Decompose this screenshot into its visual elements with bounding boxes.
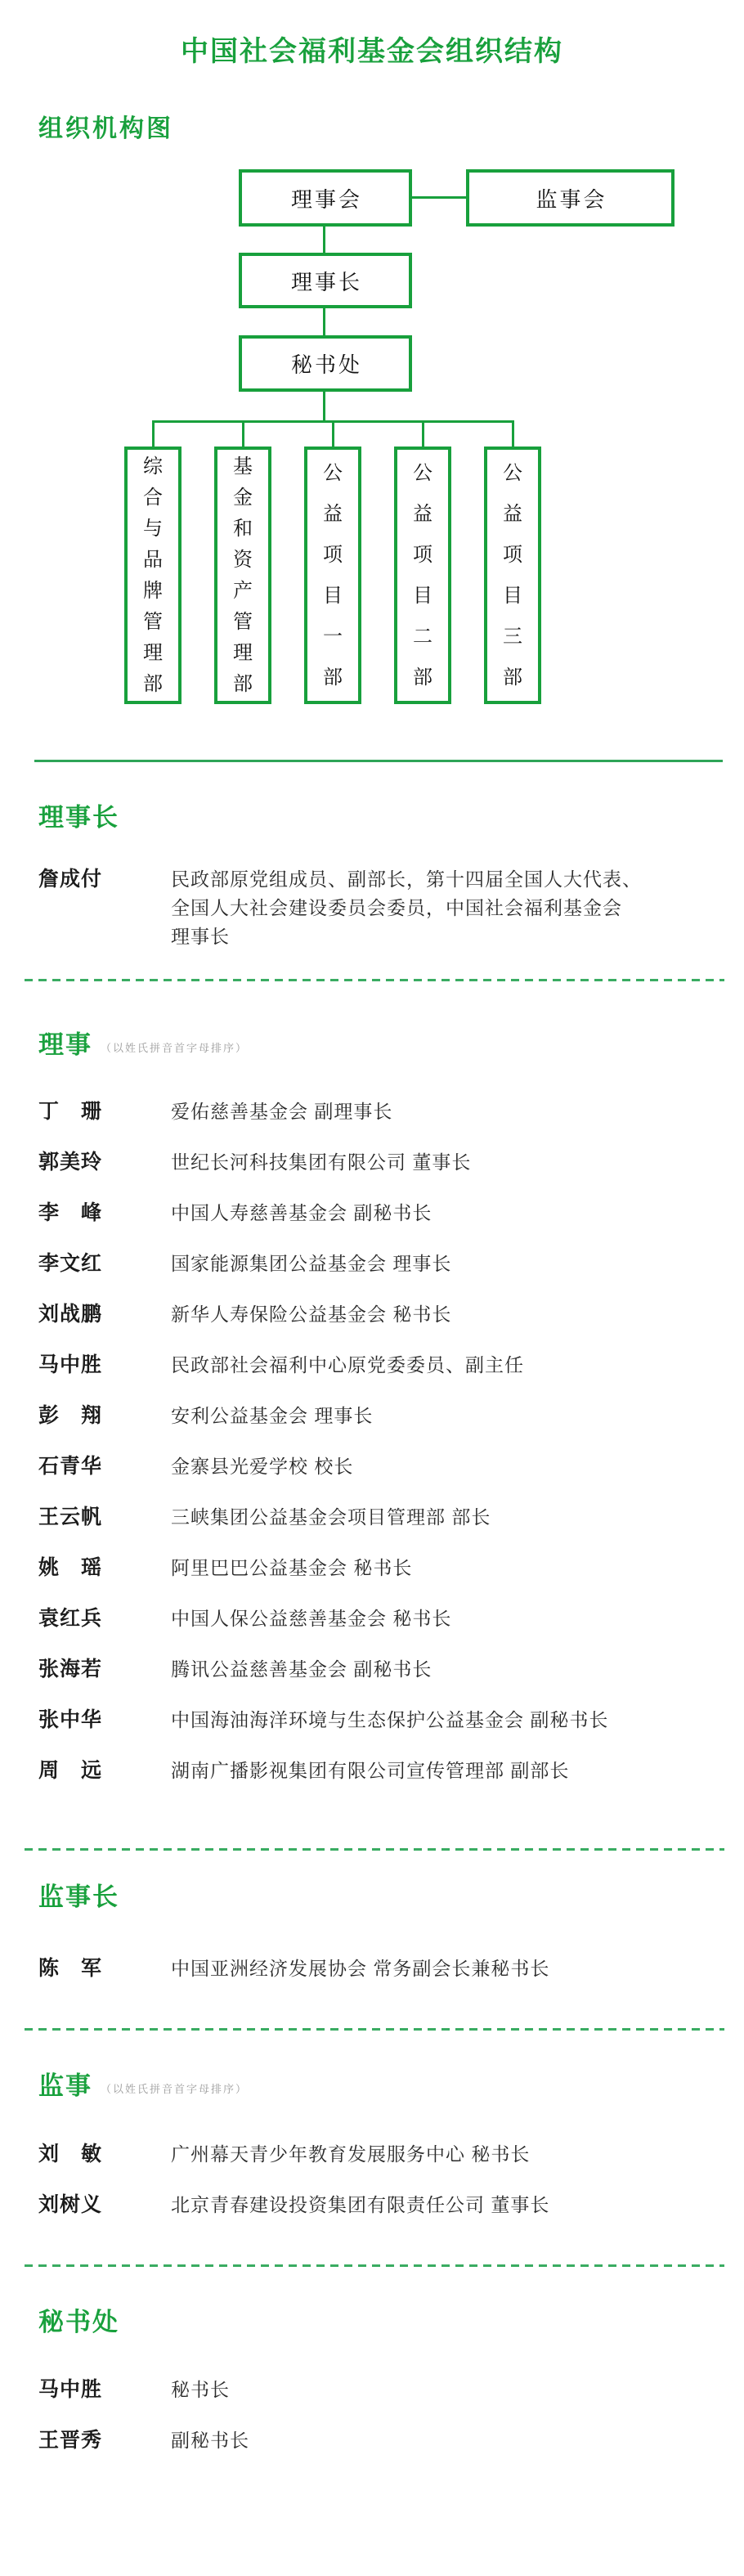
member-row: 刘战鹏 新华人寿保险公益基金会 秘书长 [38,1302,744,1326]
member-description: 湖南广播影视集团有限公司宣传管理部 副部长 [171,1758,569,1783]
member-list-directors: 丁 珊 爱佑慈善基金会 副理事长 郭美玲 世纪长河科技集团有限公司 董事长 李 … [38,1099,744,1783]
section-divider-dashed [25,979,724,981]
member-row: 刘树义 北京青春建设投资集团有限责任公司 董事长 [38,2192,744,2217]
section-heading-label: 理事长 [38,805,119,831]
org-node-dept-general-brand: 综合与品牌管理部 [124,447,182,704]
section-heading-chief-supervisor: 监事长 [38,1884,744,1910]
member-row: 李 峰 中国人寿慈善基金会 副秘书长 [38,1200,744,1225]
org-node-dept-label: 公益项目一部 [322,453,343,698]
org-node-dept-label: 公益项目三部 [502,453,523,698]
member-description-line: 民政部原党组成员、副部长，第十四届全国人大代表、 [171,863,642,895]
org-node-board: 理事会 [239,169,412,227]
member-description: 三峡集团公益基金会项目管理部 部长 [171,1505,491,1529]
member-description: 秘书长 [171,2377,230,2402]
org-node-board-label: 理事会 [289,183,362,213]
section-heading-label: 监事长 [38,1884,119,1910]
member-name: 刘树义 [38,2192,171,2217]
member-row: 陈 军 中国亚洲经济发展协会 常务副会长兼秘书长 [38,1956,744,1981]
member-name: 郭美玲 [38,1150,171,1174]
member-name: 马中胜 [38,1353,171,1377]
member-description: 安利公益基金会 理事长 [171,1403,373,1428]
member-row: 周 远 湖南广播影视集团有限公司宣传管理部 副部长 [38,1758,744,1783]
member-name: 石青华 [38,1454,171,1479]
member-name: 张中华 [38,1708,171,1732]
section-heading-note: （以姓氏拼音首字母排序） [101,1041,248,1058]
member-description: 副秘书长 [171,2428,249,2453]
org-node-chairman-label: 理事长 [289,266,362,296]
member-description: 新华人寿保险公益基金会 秘书长 [171,1302,451,1326]
section-divider-dashed [25,2264,724,2267]
section-heading-note: （以姓氏拼音首字母排序） [101,2082,248,2099]
org-node-dept-project-2: 公益项目二部 [394,447,451,704]
member-row: 郭美玲 世纪长河科技集团有限公司 董事长 [38,1150,744,1174]
org-node-chairman: 理事长 [239,253,412,308]
member-name: 彭 翔 [38,1403,171,1428]
section-heading-secretariat: 秘书处 [38,2309,744,2336]
member-name: 刘战鹏 [38,1302,171,1326]
member-row: 詹成付 民政部原党组成员、副部长，第十四届全国人大代表、 全国人大社会建设委员会… [38,867,744,953]
member-description: 国家能源集团公益基金会 理事长 [171,1251,451,1276]
member-name: 马中胜 [38,2377,171,2402]
org-structure-page: 中国社会福利基金会组织结构 组织机构图 理事会 监事会 理事长 秘书处 综合与品… [0,0,744,2576]
section-divider-dashed [25,2028,724,2031]
member-name: 丁 珊 [38,1099,171,1124]
member-list-supervisors: 刘 敏 广州幕天青少年教育发展服务中心 秘书长 刘树义 北京青春建设投资集团有限… [38,2142,744,2217]
member-name: 刘 敏 [38,2142,171,2166]
member-row: 王晋秀 副秘书长 [38,2428,744,2453]
member-description: 中国海油海洋环境与生态保护公益基金会 副秘书长 [171,1708,608,1732]
member-description: 世纪长河科技集团有限公司 董事长 [171,1150,471,1174]
connector-line [323,392,325,420]
member-description-line: 理事长 [171,920,642,953]
member-description: 北京青春建设投资集团有限责任公司 董事长 [171,2192,549,2217]
member-name: 袁红兵 [38,1606,171,1631]
member-description: 阿里巴巴公益基金会 秘书长 [171,1555,412,1580]
member-description: 金寨县光爱学校 校长 [171,1454,353,1479]
connector-line [422,420,424,447]
org-node-supervisory-board: 监事会 [466,169,675,227]
org-node-dept-project-1: 公益项目一部 [304,447,361,704]
org-chart-section-title: 组织机构图 [38,116,744,142]
connector-line [323,227,325,253]
member-list-secretariat: 马中胜 秘书长 王晋秀 副秘书长 [38,2377,744,2453]
member-name: 陈 军 [38,1956,171,1981]
member-row: 石青华 金寨县光爱学校 校长 [38,1454,744,1479]
org-node-secretariat: 秘书处 [239,335,412,392]
section-heading-label: 秘书处 [38,2309,119,2336]
org-node-dept-project-3: 公益项目三部 [484,447,541,704]
org-node-secretariat-label: 秘书处 [289,348,362,379]
member-row: 李文红 国家能源集团公益基金会 理事长 [38,1251,744,1276]
org-chart: 理事会 监事会 理事长 秘书处 综合与品牌管理部 基金和资产管理部 公益项目一部 [0,169,744,709]
org-node-dept-fund-asset: 基金和资产管理部 [214,447,271,704]
member-name: 王云帆 [38,1505,171,1529]
member-description: 中国人保公益慈善基金会 秘书长 [171,1606,451,1631]
member-description: 腾讯公益慈善基金会 副秘书长 [171,1657,432,1681]
member-row: 马中胜 民政部社会福利中心原党委委员、副主任 [38,1353,744,1377]
section-heading-label: 监事 [38,2073,92,2099]
member-description: 中国亚洲经济发展协会 常务副会长兼秘书长 [171,1956,549,1981]
member-description: 爱佑慈善基金会 副理事长 [171,1099,392,1124]
connector-line [152,420,155,447]
org-node-dept-label: 基金和资产管理部 [232,451,253,700]
org-node-dept-label: 综合与品牌管理部 [142,451,164,700]
member-row: 袁红兵 中国人保公益慈善基金会 秘书长 [38,1606,744,1631]
member-description-line: 全国人大社会建设委员会委员，中国社会福利基金会 [171,891,642,924]
member-name: 张海若 [38,1657,171,1681]
member-name: 周 远 [38,1758,171,1783]
connector-line [512,420,514,447]
connector-line [332,420,334,447]
section-heading-label: 理事 [38,1032,92,1058]
page-title: 中国社会福利基金会组织结构 [0,0,744,67]
member-name: 詹成付 [38,867,171,953]
member-list-chief-supervisor: 陈 军 中国亚洲经济发展协会 常务副会长兼秘书长 [38,1956,744,1981]
section-heading-chairman: 理事长 [38,805,744,831]
member-row: 马中胜 秘书长 [38,2377,744,2402]
member-description: 民政部原党组成员、副部长，第十四届全国人大代表、 全国人大社会建设委员会委员，中… [171,867,642,953]
member-row: 张中华 中国海油海洋环境与生态保护公益基金会 副秘书长 [38,1708,744,1732]
member-name: 姚 瑶 [38,1555,171,1580]
member-name: 李文红 [38,1251,171,1276]
member-description: 广州幕天青少年教育发展服务中心 秘书长 [171,2142,530,2166]
member-description: 民政部社会福利中心原党委委员、副主任 [171,1353,524,1377]
section-heading-directors: 理事 （以姓氏拼音首字母排序） [38,1032,744,1058]
connector-line [412,196,466,199]
member-name: 李 峰 [38,1200,171,1225]
member-row: 彭 翔 安利公益基金会 理事长 [38,1403,744,1428]
member-name: 王晋秀 [38,2428,171,2453]
member-description: 中国人寿慈善基金会 副秘书长 [171,1200,432,1225]
member-row: 刘 敏 广州幕天青少年教育发展服务中心 秘书长 [38,2142,744,2166]
connector-line [323,308,325,335]
member-row: 王云帆 三峡集团公益基金会项目管理部 部长 [38,1505,744,1529]
connector-line [242,420,244,447]
section-heading-supervisors: 监事 （以姓氏拼音首字母排序） [38,2073,744,2099]
member-row: 张海若 腾讯公益慈善基金会 副秘书长 [38,1657,744,1681]
org-node-dept-label: 公益项目二部 [412,453,433,698]
member-list-chairman: 詹成付 民政部原党组成员、副部长，第十四届全国人大代表、 全国人大社会建设委员会… [38,867,744,953]
member-row: 姚 瑶 阿里巴巴公益基金会 秘书长 [38,1555,744,1580]
org-node-supervisory-board-label: 监事会 [533,183,607,213]
section-divider-solid [34,760,723,762]
member-row: 丁 珊 爱佑慈善基金会 副理事长 [38,1099,744,1124]
section-divider-dashed [25,1848,724,1851]
